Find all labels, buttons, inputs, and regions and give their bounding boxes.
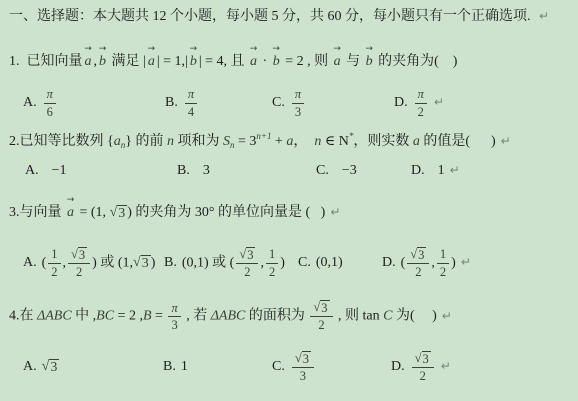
question-2-options: A. −1 B. 3 C. −3 D. 1↵ [9,158,578,184]
question-1-option-b: B. π4 [165,83,199,123]
radicand: 3 [78,247,87,262]
math-text: 为( ) [392,309,436,324]
numerator: √3 [412,351,434,368]
option-label: B. [164,254,177,272]
question-3-option-a: A. (12,√32) 或 (1,√3) [23,240,155,286]
math-variable: ΔABC [211,309,246,324]
option-value: (√32,12)↵ [401,247,471,280]
square-root: √3 [110,205,128,222]
math-text: · [259,54,271,69]
fraction: 12 [266,247,278,279]
math-text: 2 [318,318,324,332]
vector: →a [85,53,92,71]
math-text: ) 或 (1, [92,255,133,270]
option-value: π6 [42,87,58,119]
denominator: 2 [415,264,421,279]
radicand: 3 [141,255,151,272]
math-text: 3 [423,352,429,366]
fraction: 12 [48,247,60,279]
math-text: 满足 [108,54,143,69]
option-value: √3 [42,358,60,376]
math-text: 3 [303,352,309,366]
math-text: ) [280,255,285,270]
denominator: 2 [269,264,275,279]
numerator: π [292,87,304,103]
denominator: 2 [420,368,426,383]
fraction: √32 [412,351,434,384]
math-text: | [185,54,188,69]
numerator: √3 [68,247,90,264]
option-value: π2↵ [413,87,444,119]
option-label: B. [165,94,178,112]
denominator: 3 [300,368,306,383]
math-text: 6 [47,105,53,119]
paragraph-return-icon: ↵ [429,95,444,109]
denominator: 2 [418,104,424,119]
question-3-stem: 3.与向量 →a = (1, √3) 的夹角为 30° 的单位向量是 ( )↵ [9,204,578,222]
math-text: 3 [118,206,125,221]
paragraph-return-icon: ↵ [436,359,451,373]
math-text: | [143,54,146,69]
math-text: 一、选择题：本大题共 12 个小题，每小题 5 分，共 60 分，每小题只有一个… [9,9,534,24]
fraction: 12 [437,247,449,279]
option-label: D. [391,358,405,376]
option-label: B. [163,358,176,376]
denominator: 6 [47,104,53,119]
question-2-stem: 2.已知等比数列 {an} 的前 n 项和为 Sn = 3n+1 + a， n … [9,131,578,152]
math-text: (0,1) 或 ( [182,255,235,270]
option-value: √33 [290,351,316,384]
question-1-stem: 1. 已知向量→a,→b 满足 |→a| = 1,|→b| = 4, 且 →a … [9,53,578,71]
paragraph-return-icon: ↵ [456,255,471,269]
fraction: √33 [292,351,314,384]
math-variable: π [171,301,177,315]
math-text: ，则实数 [353,134,413,149]
math-text: ) 的夹角为 30° 的单位向量是 ( ) [127,205,325,220]
fraction: π6 [44,87,56,119]
question-3-option-b: B. (0,1) 或 (√32,12) [164,240,285,286]
math-text: = (1, [76,205,110,220]
math-variable: a [67,205,74,220]
option-label: A. [23,94,37,112]
question-1-option-c: C. π3 [272,83,306,123]
fraction: π2 [415,87,427,119]
vector-arrow-icon: → [365,45,373,54]
question-1-option-a: A. π6 [23,83,58,123]
option-label: D. [411,162,425,180]
numerator: π [44,87,56,103]
option-label: C. [272,94,285,112]
math-text: 3 [418,248,424,262]
numerator: 1 [48,247,60,263]
square-root: √3 [295,351,311,366]
radicand: 3 [117,205,127,222]
vector-arrow-icon: → [190,45,198,54]
math-variable: π [295,87,301,101]
vector: →b [190,53,197,71]
math-text: , [63,255,67,270]
math-text: 2 [244,265,250,279]
question-4-option-b: B. 1 [163,344,188,390]
option-value: (0,1) [316,254,343,272]
math-text: 3 [142,256,149,271]
numerator: π [168,301,180,317]
square-root: √3 [239,247,255,262]
math-variable: b [366,54,373,69]
option-label: C. [272,358,285,376]
math-variable: a [334,54,341,69]
radical-icon: √ [415,351,422,365]
vector: →a [148,53,155,71]
math-text: 3 [79,248,85,262]
radical-icon: √ [133,255,141,271]
option-value: π4 [183,87,199,119]
superscript: n+1 [256,131,271,141]
numerator: π [185,87,197,103]
denominator: 2 [318,317,324,332]
option-value: √32↵ [410,351,451,384]
math-text: 2 [420,369,426,383]
question-3-option-d: D. (√32,12)↵ [382,240,471,286]
question-2-option-a: A. −1 [25,158,67,184]
math-text: ) [151,255,156,270]
paragraph-return-icon: ↵ [534,9,549,23]
radical-icon: √ [71,247,78,261]
math-text: 1. 已知向量 [9,54,83,69]
question-4-option-c: C. √33 [272,344,316,390]
math-text: , [260,255,264,270]
question-1-option-d: D. π2↵ [394,83,444,123]
math-variable: a [85,54,92,69]
math-text: | = 4, 且 [199,54,248,69]
math-text: 3 [321,301,327,315]
math-text: 与 [343,54,364,69]
math-text: 2 [440,265,446,279]
numerator: √3 [310,300,332,317]
vector: →b [99,53,106,71]
math-text: −1 [52,163,67,178]
math-text: 3 [247,248,253,262]
question-4-option-a: A. √3 [23,344,59,390]
question-2-option-b: B. 3 [177,158,210,184]
option-value: −1 [52,162,67,180]
vector-arrow-icon: → [67,196,75,205]
math-text: 1 [181,359,188,374]
math-text: 4 [188,105,194,119]
math-text: , 则 tan [335,309,384,324]
math-variable: a [148,54,155,69]
math-text: 的面积为 [245,309,308,324]
radical-icon: √ [313,300,320,314]
radical-icon: √ [42,359,50,375]
denominator: 2 [440,264,446,279]
fraction: π4 [185,87,197,119]
option-value: (0,1) 或 (√32,12) [182,247,285,280]
square-root: √3 [133,255,151,272]
question-4-stem: 4.在 ΔABC 中 ,BC = 2 ,B = π3 , 若 ΔABC 的面积为… [9,300,578,333]
math-text: | = 1, [157,54,185,69]
math-variable: b [99,54,106,69]
math-text: 的夹角为( ) [375,54,458,69]
math-variable: π [188,87,194,101]
math-text: 3 [171,318,177,332]
math-text: −3 [342,163,357,178]
vector: →a [250,53,257,71]
math-text: 1 [269,247,275,261]
option-label: C. [298,254,311,272]
math-text: (0,1) [316,255,343,270]
question-2-option-d: D. 1↵ [411,158,460,184]
math-text: 2 [76,265,82,279]
vector-arrow-icon: → [272,45,280,54]
denominator: 2 [76,264,82,279]
section-header: 一、选择题：本大题共 12 个小题，每小题 5 分，共 60 分，每小题只有一个… [9,8,578,26]
math-text: 中 , [72,309,97,324]
question-1-options: A. π6 B. π4 C. π3 D. π2↵ [9,83,578,123]
math-variable: S [223,134,230,149]
math-text: + [271,134,286,149]
radicand: 3 [49,359,59,376]
square-root: √3 [313,300,329,315]
math-text: 的值是( ) [420,134,496,149]
math-text: } 的前 [125,134,167,149]
vector: →a [67,204,74,222]
question-3-options: A. (12,√32) 或 (1,√3) B. (0,1) 或 (√32,12)… [9,240,578,286]
vector-arrow-icon: → [250,45,258,54]
option-label: A. [23,358,37,376]
math-variable: b [273,54,280,69]
square-root: √3 [410,247,426,262]
option-label: B. [177,162,190,180]
document-page: 一、选择题：本大题共 12 个小题，每小题 5 分，共 60 分，每小题只有一个… [0,0,578,401]
math-text: 2 [415,265,421,279]
vector-arrow-icon: → [99,45,107,54]
option-value: (12,√32) 或 (1,√3) [42,247,156,280]
math-text: ( [401,255,406,270]
square-root: √3 [415,351,431,366]
numerator: √3 [292,351,314,368]
radical-icon: √ [239,247,246,261]
math-text: 3 [50,360,57,375]
fraction: π3 [168,301,180,333]
option-value: 3 [203,162,210,180]
denominator: 2 [244,264,250,279]
math-variable: a [250,54,257,69]
math-text: 1 [51,247,57,261]
radical-icon: √ [295,351,302,365]
math-text: 1 [440,247,446,261]
paragraph-return-icon: ↵ [445,163,460,177]
option-value: 1 [181,358,188,376]
numerator: √3 [236,247,258,264]
question-3-option-c: C. (0,1) [298,240,343,286]
radical-icon: √ [110,205,118,221]
math-variable: π [418,87,424,101]
option-label: C. [316,162,329,180]
radicand: 3 [417,247,426,262]
paragraph-return-icon: ↵ [325,205,340,219]
option-value: −3 [342,162,357,180]
math-text: 2 [269,265,275,279]
numerator: 1 [266,247,278,263]
math-text: 3 [300,369,306,383]
math-variable: BC [96,309,114,324]
option-label: A. [25,162,39,180]
vector: →b [273,53,280,71]
option-value: π3 [290,87,306,119]
math-text: 1 [438,163,445,178]
math-text: 2 [51,265,57,279]
math-text: 3 [203,163,210,178]
denominator: 3 [295,104,301,119]
paragraph-return-icon: ↵ [496,134,511,148]
vector-arrow-icon: → [84,45,92,54]
denominator: 4 [188,104,194,119]
numerator: √3 [407,247,429,264]
radical-icon: √ [410,247,417,261]
numerator: π [415,87,427,103]
question-2-option-c: C. −3 [316,158,357,184]
option-label: A. [23,254,37,272]
math-variable: a [413,134,420,149]
option-label: D. [382,254,396,272]
vector: →a [334,53,341,71]
question-4-option-d: D. √32↵ [391,344,451,390]
radicand: 3 [422,351,431,366]
square-root: √3 [71,247,87,262]
radicand: 3 [320,300,329,315]
vector-arrow-icon: → [333,45,341,54]
vector: →b [366,53,373,71]
fraction: √32 [310,300,332,333]
math-variable: B [143,309,152,324]
math-text: = [152,309,167,324]
denominator: 3 [171,317,177,332]
fraction: √32 [68,247,90,280]
math-text: 3.与向量 [9,205,65,220]
math-text: 3 [295,105,301,119]
denominator: 2 [51,264,57,279]
math-variable: π [47,87,53,101]
vector-arrow-icon: → [148,45,156,54]
math-text: 项和为 [174,134,223,149]
math-variable: ΔABC [37,309,72,324]
math-text: = 3 [234,134,256,149]
radicand: 3 [246,247,255,262]
math-text: ( [42,255,47,270]
radicand: 3 [302,351,311,366]
math-text: , [94,54,98,69]
math-variable: a [114,134,121,149]
question-4-options: A. √3 B. 1 C. √33 D. √32↵ [9,344,578,390]
paragraph-return-icon: ↵ [437,309,452,323]
fraction: √32 [407,247,429,280]
square-root: √3 [42,359,60,376]
fraction: π3 [292,87,304,119]
math-text: 4.在 [9,309,37,324]
math-text: 2 [418,105,424,119]
math-text: , 若 [183,309,211,324]
math-text: = 2 , [114,309,143,324]
math-variable: b [190,54,197,69]
math-text: , [431,255,435,270]
option-value: 1↵ [438,162,460,180]
math-text: ∈ N [321,134,348,149]
numerator: 1 [437,247,449,263]
fraction: √32 [236,247,258,280]
math-text: 2.已知等比数列 { [9,134,114,149]
math-variable: n [167,134,174,149]
math-text: = 2 , 则 [282,54,332,69]
option-label: D. [394,94,408,112]
math-text: ， [293,134,314,149]
